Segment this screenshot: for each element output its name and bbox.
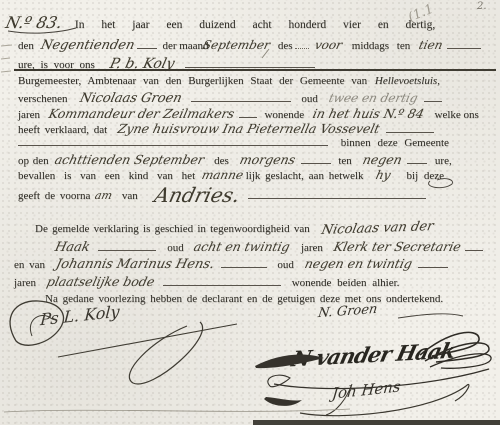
fill-line — [221, 259, 267, 268]
koly-descender-loop — [129, 322, 202, 384]
line-act-number-and-year: N.º 83. In het jaar een duizend acht hon… — [6, 13, 435, 32]
handwritten-month: September — [202, 38, 272, 52]
signature-witness2: Joh Hens — [331, 377, 401, 402]
fill-line — [163, 277, 281, 286]
printed-verklaring: De gemelde verklaring is geschied in teg… — [35, 223, 310, 235]
handwritten-am: am — [94, 189, 114, 202]
fill-line — [98, 242, 156, 251]
line-getuige2: en van Johannis Marinus Hens. oud negen … — [14, 256, 448, 272]
fill-line — [239, 109, 257, 118]
printed-jaren: jaren — [14, 277, 36, 289]
printed-jaren: jaren — [301, 242, 323, 254]
printed-jaren: jaren — [18, 109, 40, 121]
handwritten-day: Negentienden — [39, 38, 136, 53]
printed-burgemeester: Burgemeester, Ambtenaar van den Burgerli… — [18, 75, 367, 87]
fill-line — [386, 124, 434, 133]
line-declarant: verschenen Nicolaas Groen oud twee en de… — [18, 91, 442, 106]
fill-line — [407, 155, 427, 164]
printed-heeft-verklaard: heeft verklaard, dat — [18, 124, 107, 136]
groen-tail — [398, 314, 463, 318]
printed-des: des — [214, 155, 229, 167]
handwritten-getuige1-voornaam: Nicolaas van der — [321, 219, 436, 238]
fill-line — [295, 40, 309, 49]
handwritten-beroep: Kommandeur der Zeilmakers — [47, 106, 236, 121]
haak-underline-loop — [268, 375, 290, 387]
line-date-time: den Negentienden der maand September des… — [18, 38, 481, 53]
line-getuige2-beroep: jaren plaatselijke bode wonende beiden a… — [14, 274, 399, 289]
hens-left-wedge — [264, 397, 302, 406]
line-geboortedatum: op den achttienden September des morgens… — [18, 152, 452, 167]
handwritten-declarant-age: twee en dertig — [327, 91, 419, 105]
printed-oud: oud — [301, 93, 318, 105]
koly-underline-slash — [58, 324, 237, 357]
fill-line — [418, 259, 448, 268]
printed-geeft-voorna: geeft de voorna — [18, 190, 90, 202]
page-number: 2. — [477, 1, 487, 12]
printed-welke-ons: welke ons — [435, 109, 479, 121]
printed-bevallen: bevallen is van een kind van het — [18, 170, 195, 182]
handwritten-getuige2-naam: Johannis Marinus Hens. — [54, 257, 216, 272]
fill-line — [465, 242, 483, 251]
printed-gemeente-name: Hellevoetsluis, — [375, 75, 440, 87]
handwritten-geslacht: manne — [200, 168, 244, 182]
printed-ten: ten — [338, 155, 351, 167]
fill-line — [137, 40, 157, 49]
fill-line — [301, 155, 331, 164]
printed-wonende-alhier: wonende beiden alhier. — [292, 277, 400, 289]
line-binnen-gemeente: binnen deze Gemeente — [18, 137, 449, 149]
horizontal-rule — [14, 69, 496, 71]
act-number: N.º 83. — [4, 13, 65, 32]
line-getuige1-a: De gemelde verklaring is geschied in teg… — [35, 221, 433, 236]
margin-marks — [1, 45, 12, 72]
printed-bij-deze: bij deze — [407, 170, 445, 182]
fill-line — [424, 93, 442, 102]
printed-verschenen: verschenen — [18, 93, 67, 105]
fill-line — [447, 40, 481, 49]
handwritten-moeder-naam: Zyne huisvrouw Ina Pieternella Vossevelt — [116, 121, 381, 136]
birth-record-scan: (1.1 2. N.º 83. In het jaar een duizend … — [0, 0, 500, 425]
handwritten-getuige2-beroep: plaatselijke bode — [45, 274, 156, 289]
printed-den: den — [18, 40, 34, 52]
printed-op-den: op den — [18, 155, 49, 167]
signature-witness1: N vander Haak — [289, 338, 457, 372]
scan-edge-band — [253, 420, 500, 425]
fill-line — [18, 137, 328, 146]
line-moeder: heeft verklaard, dat Zyne huisvrouw Ina … — [18, 121, 434, 136]
handwritten-getuige2-leeftijd: negen en twintig — [303, 256, 414, 271]
signature-declarant: N. Groen — [317, 302, 378, 321]
fill-line — [191, 93, 291, 102]
printed-lijk-geslacht: lijk geslacht, aan hetwelk — [246, 170, 364, 182]
printed-ure: ure, — [435, 155, 452, 167]
printed-middags-ten: middags ten — [352, 40, 410, 52]
signature-official: Ps L. Koly — [40, 302, 121, 330]
handwritten-declarant-name: Nicolaas Groen — [79, 91, 184, 106]
line-getuige1-b: Haak oud acht en twintig jaren Klerk ter… — [55, 239, 483, 255]
handwritten-pronoun: hy — [375, 168, 393, 182]
fill-line — [248, 190, 426, 199]
fill-line — [185, 59, 315, 68]
handwritten-dagdeel: morgens — [238, 152, 297, 167]
handwritten-geboortedatum: achttienden September — [54, 152, 206, 167]
printed-wonende: wonende — [264, 109, 304, 121]
handwritten-getuige1-achternaam: Haak — [53, 240, 91, 255]
handwritten-uur: negen — [361, 152, 403, 167]
printed-oud: oud — [277, 259, 294, 271]
printed-binnen-gemeente: binnen deze Gemeente — [341, 137, 449, 149]
printed-des: des — [278, 40, 293, 52]
handwritten-getuige1-beroep: Klerk ter Secretarie — [332, 239, 462, 254]
handwritten-adres: in het huis N.º 84 — [311, 106, 425, 121]
line-burgemeester: Burgemeester, Ambtenaar van den Burgerli… — [18, 75, 440, 87]
line-voornaam: geeft de voorna am van Andries. — [18, 183, 426, 207]
printed-year-text: In het jaar een duizend acht honderd vie… — [75, 19, 435, 31]
printed-van: van — [122, 190, 138, 202]
line-beroep-adres: jaren Kommandeur der Zeilmakers wonende … — [18, 106, 479, 121]
printed-en-van: en van — [14, 259, 45, 271]
printed-oud: oud — [167, 242, 184, 254]
handwritten-voornaam: Andries. — [152, 183, 242, 207]
bottom-faint-line — [4, 409, 350, 412]
handwritten-daypart: voor — [313, 38, 343, 52]
handwritten-hour: tien — [417, 38, 444, 52]
handwritten-getuige1-leeftijd: acht en twintig — [193, 239, 292, 254]
line-geslacht: bevallen is van een kind van het manne l… — [18, 168, 444, 182]
